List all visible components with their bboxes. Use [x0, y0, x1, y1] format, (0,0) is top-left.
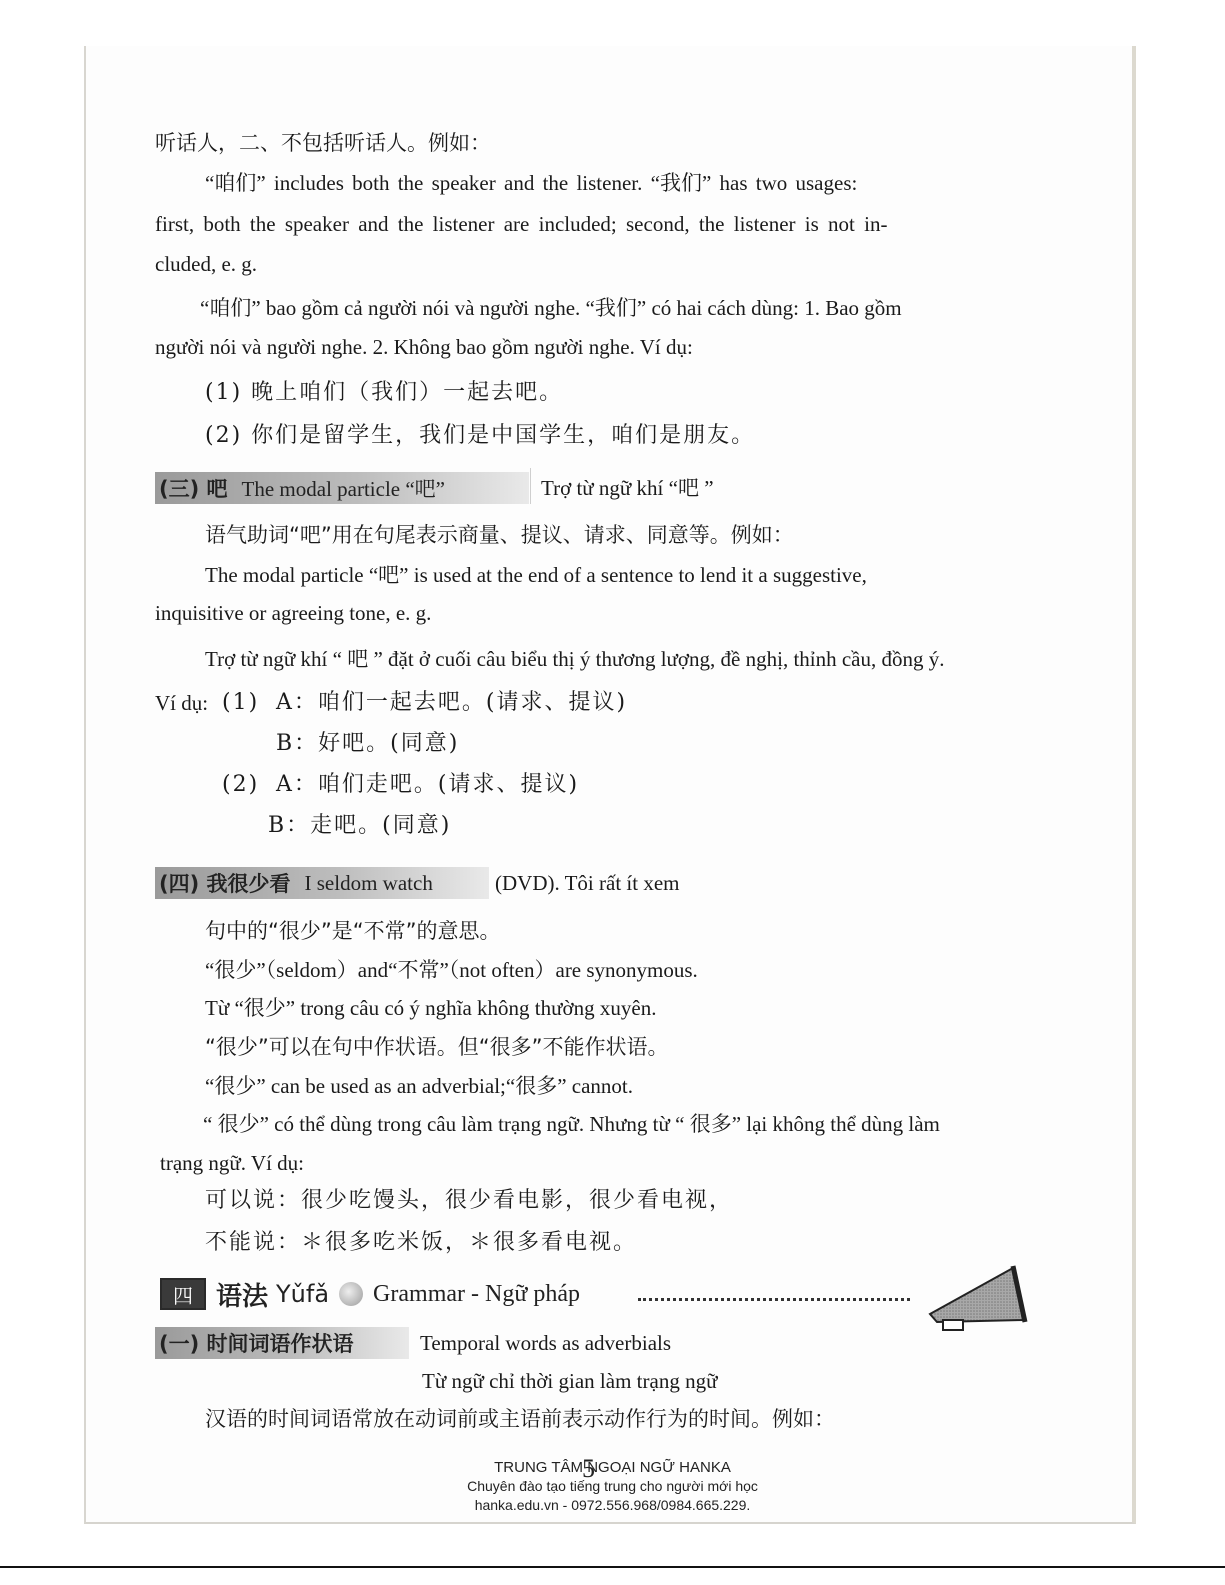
section-title-en: I seldom watch: [305, 871, 433, 896]
example-number: (2): [205, 423, 242, 448]
examples-label: Ví dụ:: [155, 690, 208, 716]
example-number-2: (2): [222, 772, 259, 798]
section3-vi: Trợ từ ngữ khí “ 吧 ” đặt ở cuối câu biểu…: [205, 646, 945, 672]
section4-line-4: “很少”可以在句中作状语。但“很多”不能作状语。: [205, 1034, 669, 1060]
example-1b: B：好吧。(同意): [276, 731, 459, 757]
section3-en-2: inquisitive or agreeing tone, e. g.: [155, 600, 431, 626]
example-1: (1) 晚上咱们（我们）一起去吧。: [205, 380, 563, 406]
intro-vi-2: người nói và người nghe. 2. Không bao gồ…: [155, 334, 693, 360]
section-title-en: The modal particle “吧”: [242, 473, 446, 503]
cannot-say-examples: 不能说：＊很多吃米饭，＊很多看电视。: [205, 1230, 637, 1256]
section-number: (四) 我很少看: [159, 868, 291, 898]
intro-cn: 听话人，二、不包括听话人。例如：: [155, 130, 491, 156]
intro-en-3: cluded, e. g.: [155, 251, 257, 277]
megaphone-icon: [925, 1262, 1030, 1334]
example-2: (2) 你们是留学生，我们是中国学生，咱们是朋友。: [205, 423, 755, 449]
section4-line-5: “很少” can be used as an adverbial;“很多” ca…: [205, 1073, 633, 1099]
section4-line-3: Từ “很少” trong câu có ý nghĩa không thườn…: [205, 995, 656, 1021]
grammar-en-vi: Grammar - Ngữ pháp: [373, 1281, 580, 1308]
grammar-heading: 四 语法 Yǔfǎ Grammar - Ngữ pháp: [160, 1276, 580, 1312]
section4-line-1: 句中的“很少”是“不常”的意思。: [205, 918, 501, 944]
footer-line-3: hanka.edu.vn - 0972.556.968/0984.665.229…: [0, 1497, 1225, 1513]
intro-en-2: first, both the speaker and the listener…: [155, 211, 887, 237]
grammar-pinyin: Yǔfǎ: [276, 1280, 329, 1308]
section4-line-6: “ 很少” có thể dùng trong câu làm trạng ng…: [203, 1111, 940, 1137]
section-number-box: 四: [160, 1278, 206, 1310]
example-number-1: (1): [222, 690, 259, 716]
footer-line-2: Chuyên đào tạo tiếng trung cho người mới…: [0, 1478, 1225, 1494]
can-say-examples: 可以说：很少吃馒头，很少看电影，很少看电视，: [205, 1188, 733, 1214]
grammar-cn: 语法: [216, 1276, 268, 1313]
section4-line-7: trạng ngữ. Ví dụ:: [160, 1150, 304, 1176]
intro-vi-1: “咱们” bao gồm cả người nói và người nghe.…: [200, 295, 902, 321]
example-2b: B：走吧。(同意): [268, 813, 451, 839]
example-1a: A：咱们一起去吧。(请求、提议): [276, 690, 627, 716]
header-divider: [530, 468, 531, 504]
section4-line-2: “很少”（seldom）and“不常”（not often）are synony…: [205, 957, 698, 983]
section-g1-cn: 汉语的时间词语常放在动词前或主语前表示动作行为的时间。例如：: [205, 1406, 835, 1432]
section-title-vi: Trợ từ ngữ khí “吧 ”: [541, 472, 714, 504]
section-header-modal-particle: (三) 吧 The modal particle “吧”: [155, 472, 529, 504]
section-title-vi: Từ ngữ chỉ thời gian làm trạng ngữ: [422, 1368, 717, 1394]
section3-cn: 语气助词“吧”用在句尾表示商量、提议、请求、同意等。例如：: [205, 522, 794, 548]
bullet-circle-icon: [339, 1282, 363, 1306]
section-number: (一) 时间词语作状语: [159, 1328, 354, 1358]
footer-line-1: TRUNG TÂM NGOẠI NGỮ HANKA: [0, 1459, 1225, 1476]
example-number: (1): [205, 380, 242, 405]
bottom-border: [0, 1566, 1225, 1585]
section-title-rest: (DVD). Tôi rất ít xem: [495, 867, 680, 899]
example-text: 晚上咱们（我们）一起去吧。: [251, 380, 563, 405]
intro-en-1: “咱们” includes both the speaker and the l…: [205, 170, 857, 196]
section3-en-1: The modal particle “吧” is used at the en…: [205, 562, 867, 588]
example-2a: A：咱们走吧。(请求、提议): [276, 772, 579, 798]
section-header-temporal: (一) 时间词语作状语: [155, 1327, 409, 1359]
section-number: (三) 吧: [159, 473, 228, 503]
dotted-leader: [638, 1298, 910, 1301]
section-title-en: Temporal words as adverbials: [420, 1327, 671, 1359]
section-header-seldom: (四) 我很少看 I seldom watch: [155, 867, 489, 899]
example-text: 你们是留学生，我们是中国学生，咱们是朋友。: [251, 423, 755, 448]
